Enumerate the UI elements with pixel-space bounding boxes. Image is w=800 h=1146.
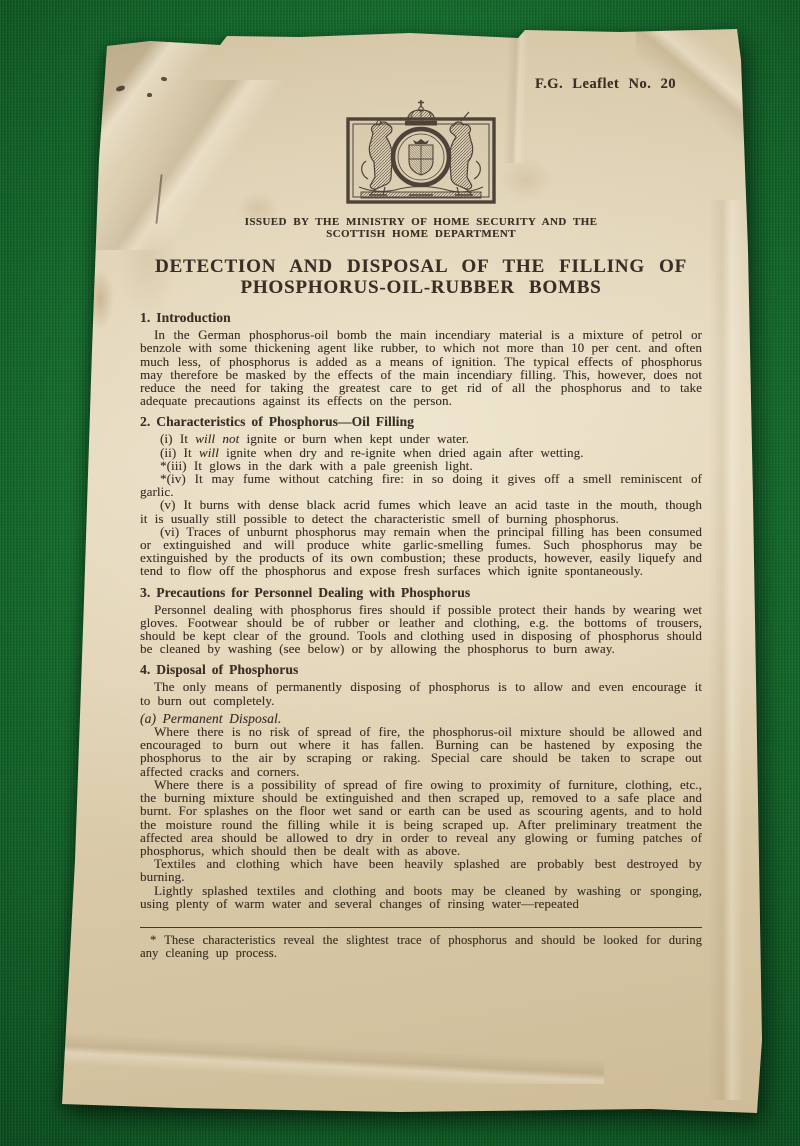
leaflet-paper: F.G. Leaflet No. 20 — [0, 0, 800, 1146]
section-heading: 1. Introduction — [140, 311, 702, 325]
paragraph: Where there is a possibility of spread o… — [140, 778, 702, 857]
section-introduction: 1. Introduction In the German phosphorus… — [140, 311, 702, 407]
footnote: * These characteristics reveal the sligh… — [140, 934, 702, 960]
section-precautions: 3. Precautions for Personnel Dealing wit… — [140, 586, 702, 656]
issuer-statement: ISSUED BY THE MINISTRY OF HOME SECURITY … — [140, 217, 702, 240]
list-item: (ii) It will ignite when dry and re-igni… — [140, 446, 702, 459]
crease-mark — [64, 1032, 604, 1084]
section-heading: 2. Characteristics of Phosphorus—Oil Fil… — [140, 415, 702, 429]
list-item: (v) It burns with dense black acrid fume… — [140, 498, 702, 524]
title-line-2: PHOSPHORUS-OIL-RUBBER BOMBS — [240, 277, 601, 298]
list-item: (vi) Traces of unburnt phosphorus may re… — [140, 525, 702, 578]
paragraph: In the German phosphorus-oil bomb the ma… — [140, 328, 702, 407]
section-disposal: 4. Disposal of Phosphorus The only means… — [140, 663, 702, 909]
royal-coat-of-arms-icon — [343, 99, 499, 205]
list-item: *(iv) It may fume without catching fire:… — [140, 472, 702, 498]
page-title: DETECTION AND DISPOSAL OF THE FILLING OF… — [140, 256, 702, 298]
leaflet-content: F.G. Leaflet No. 20 — [140, 42, 702, 960]
issuer-line-1: ISSUED BY THE MINISTRY OF HOME SECURITY … — [140, 217, 702, 229]
paragraph: Personnel dealing with phosphorus fires … — [140, 603, 702, 656]
paragraph: Lightly splashed textiles and clothing a… — [140, 884, 702, 910]
crest-row — [140, 99, 702, 205]
title-line-1: DETECTION AND DISPOSAL OF THE FILLING OF — [155, 256, 687, 277]
section-heading: 4. Disposal of Phosphorus — [140, 663, 702, 677]
paragraph: Textiles and clothing which have been he… — [140, 857, 702, 883]
crease-mark — [698, 200, 752, 1100]
section-heading: 3. Precautions for Personnel Dealing wit… — [140, 586, 702, 600]
ink-speck — [115, 85, 125, 93]
paragraph: Where there is no risk of spread of fire… — [140, 725, 702, 778]
footnote-divider — [140, 927, 702, 928]
photo-background: F.G. Leaflet No. 20 — [0, 0, 800, 1146]
paper-sheet: F.G. Leaflet No. 20 — [0, 0, 800, 1146]
section-characteristics: 2. Characteristics of Phosphorus—Oil Fil… — [140, 415, 702, 577]
leaflet-number: F.G. Leaflet No. 20 — [140, 78, 702, 91]
stain-mark — [86, 268, 114, 330]
paragraph: The only means of permanently disposing … — [140, 680, 702, 706]
issuer-line-2: SCOTTISH HOME DEPARTMENT — [140, 229, 702, 241]
